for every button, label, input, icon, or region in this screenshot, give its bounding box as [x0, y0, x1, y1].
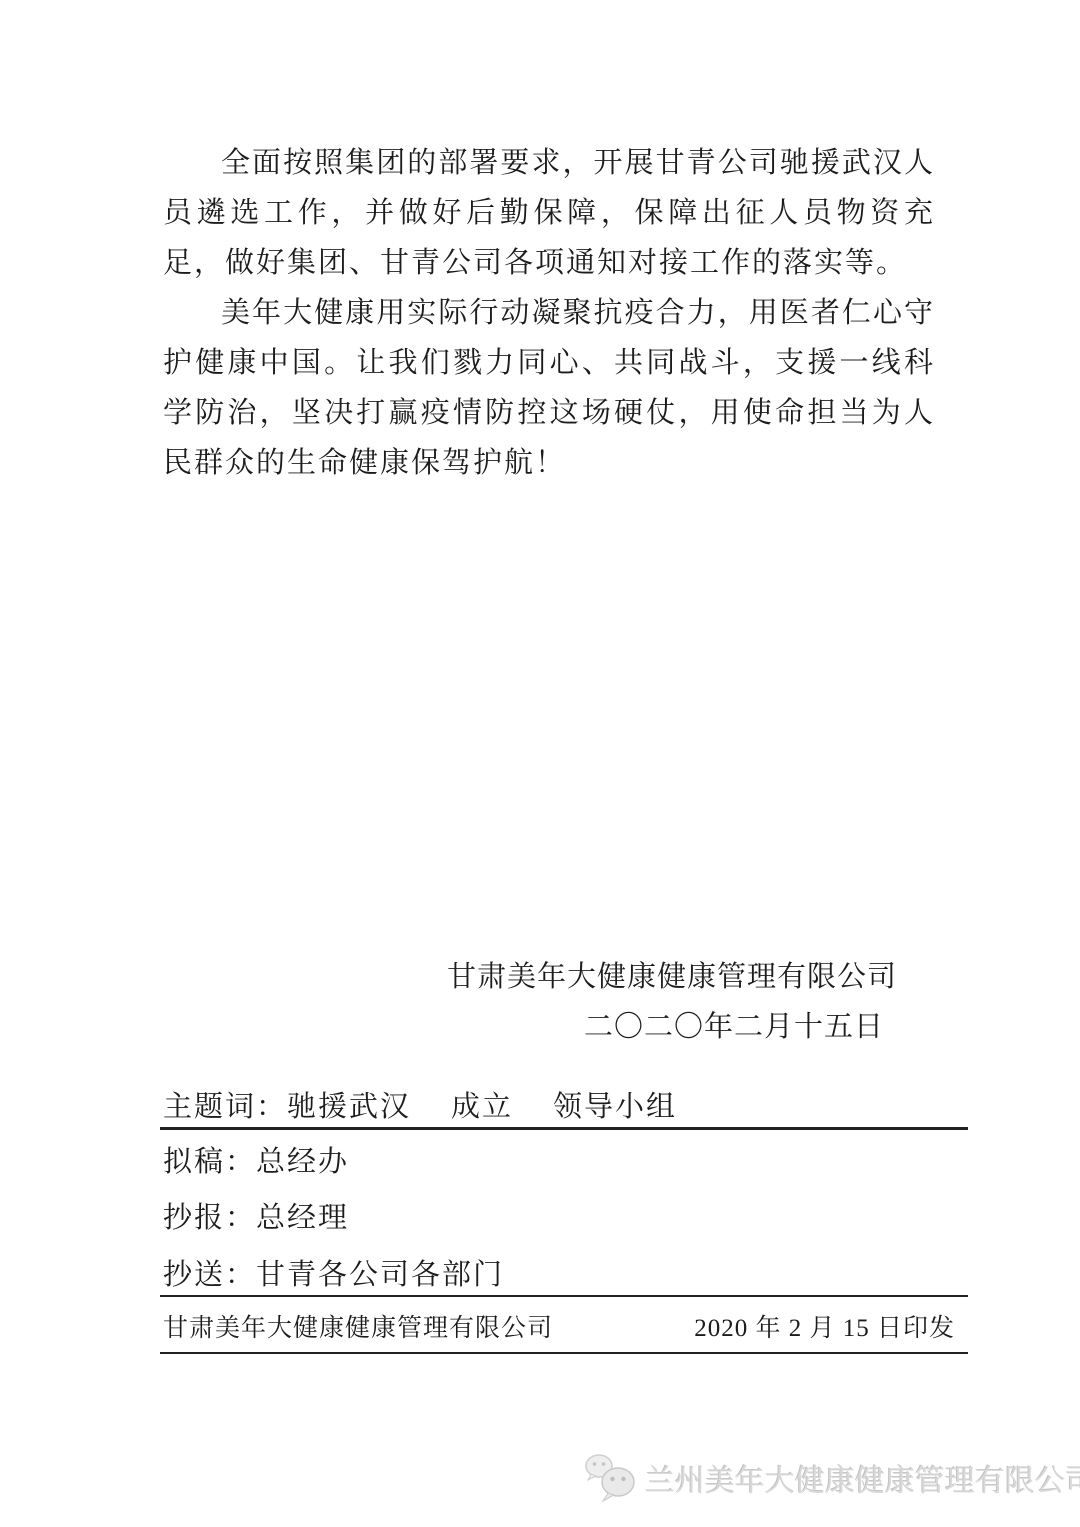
body-paragraph-2: 美年大健康用实际行动凝聚抗疫合力，用医者仁心守护健康中国。让我们戮力同心、共同战…: [163, 288, 935, 488]
keywords-label: 主题词：: [163, 1091, 287, 1123]
colophon-print-date: 2020 年 2 月 15 日印发: [694, 1308, 955, 1350]
document-page: 全面按照集团的部署要求，开展甘青公司驰援武汉人员遴选工作，并做好后勤保障，保障出…: [0, 0, 1080, 1527]
watermark-text: 兰州美年大健康健康管理有限公司: [645, 1456, 1080, 1500]
keyword-term: 驰援武汉: [287, 1091, 411, 1123]
body-paragraph-1: 全面按照集团的部署要求，开展甘青公司驰援武汉人员遴选工作，并做好后勤保障，保障出…: [163, 138, 935, 288]
separator-rule-thick: [160, 1127, 968, 1130]
signature-company: 甘肃美年大健康健康管理有限公司: [0, 952, 1080, 1002]
keyword-term: 成立: [451, 1091, 513, 1123]
distribution-value: 总经理: [256, 1202, 349, 1234]
keywords-row: 主题词：驰援武汉成立领导小组: [163, 1085, 677, 1129]
distribution-value: 总经办: [256, 1146, 349, 1178]
watermark-footer: 兰州美年大健康健康管理有限公司: [583, 1452, 1080, 1504]
distribution-row-copy-send: 抄送：甘青各公司各部门: [163, 1253, 504, 1297]
distribution-row-drafter: 拟稿：总经办: [163, 1140, 349, 1184]
signature-date: 二〇二〇年二月十五日: [0, 1002, 1080, 1052]
separator-rule-middle: [160, 1295, 968, 1297]
distribution-row-copy-report: 抄报：总经理: [163, 1196, 349, 1240]
signature-block: 甘肃美年大健康健康管理有限公司 二〇二〇年二月十五日: [0, 952, 1080, 1052]
wechat-icon: [583, 1452, 639, 1504]
distribution-label: 拟稿：: [163, 1146, 256, 1178]
document-body: 全面按照集团的部署要求，开展甘青公司驰援武汉人员遴选工作，并做好后勤保障，保障出…: [163, 138, 935, 488]
colophon-row: 甘肃美年大健康健康管理有限公司 2020 年 2 月 15 日印发: [163, 1308, 955, 1350]
distribution-label: 抄送：: [163, 1259, 256, 1291]
separator-rule-bottom: [160, 1352, 968, 1354]
colophon-issuer: 甘肃美年大健康健康管理有限公司: [163, 1308, 553, 1350]
distribution-label: 抄报：: [163, 1202, 256, 1234]
distribution-value: 甘青各公司各部门: [256, 1259, 504, 1291]
keyword-term: 领导小组: [553, 1091, 677, 1123]
